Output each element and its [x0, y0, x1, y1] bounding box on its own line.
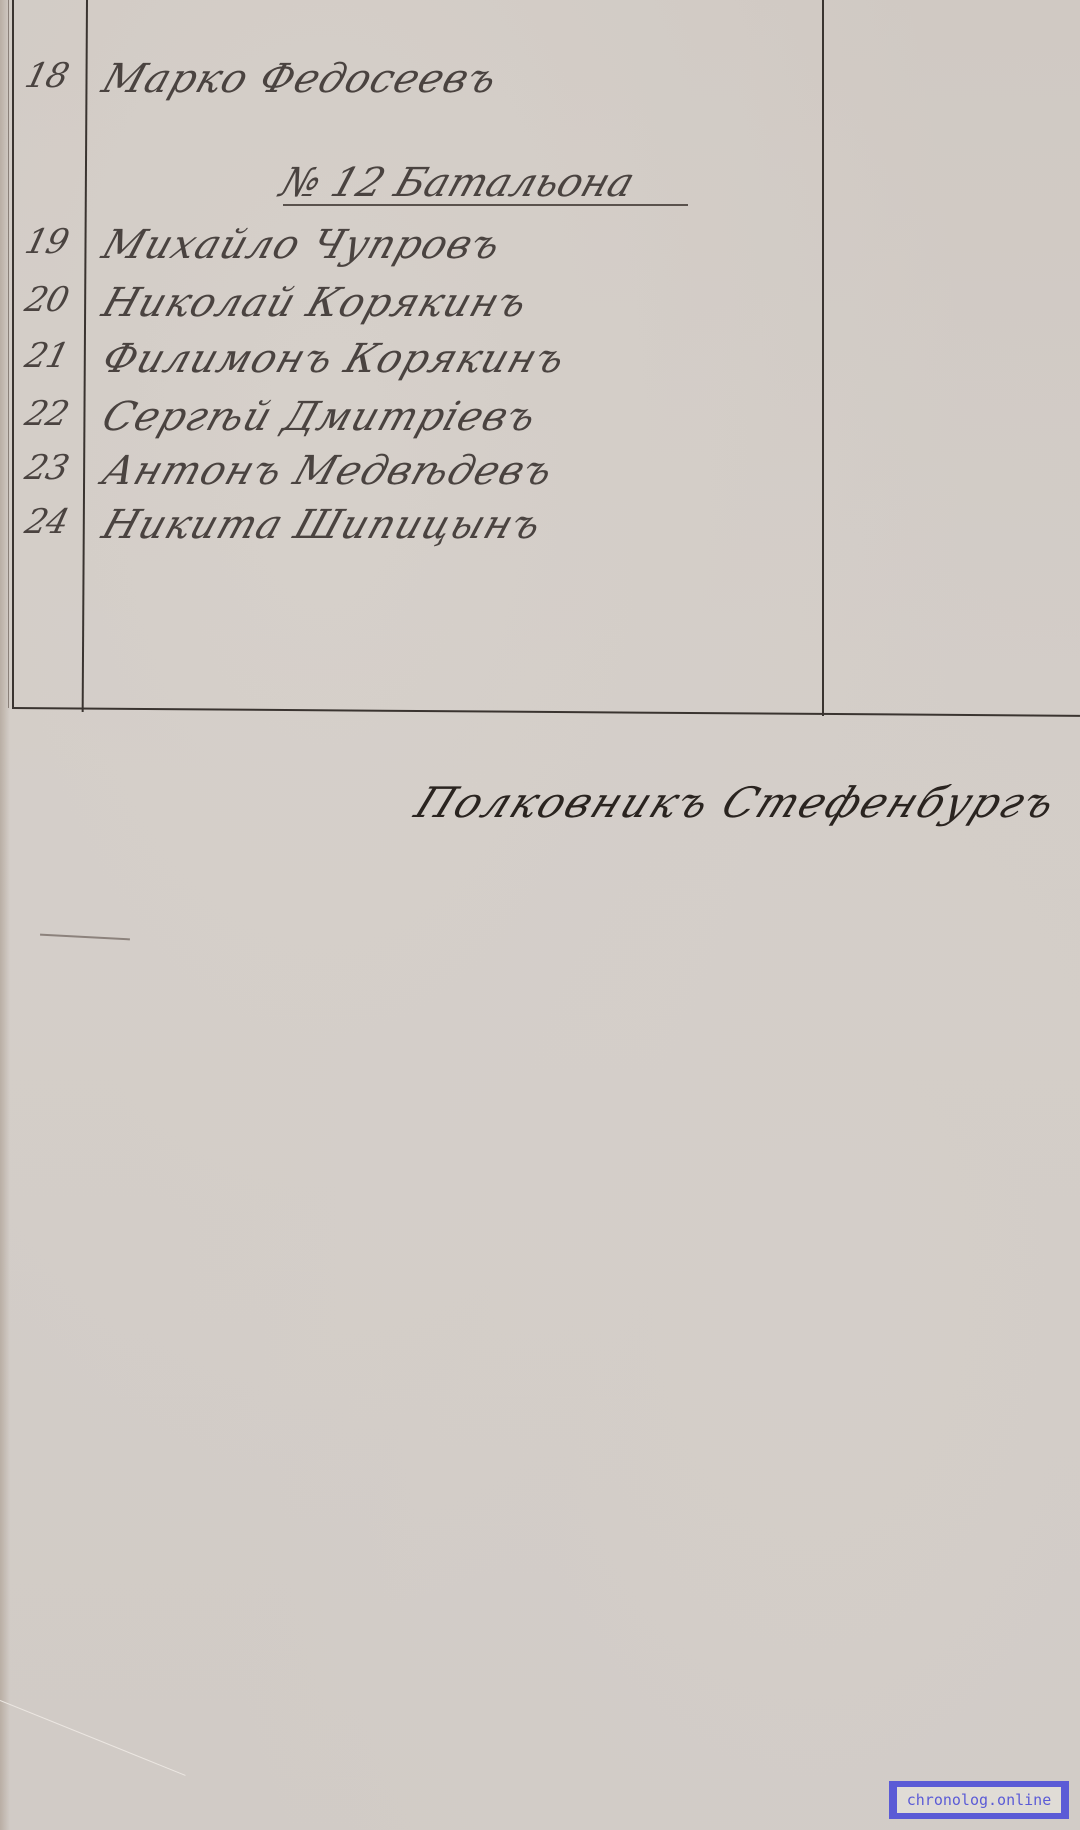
row-number: 22: [21, 394, 87, 434]
roster-row: 24 Никита Шипицынъ: [0, 502, 820, 562]
roster-row: 20 Николай Корякинъ: [0, 280, 820, 340]
row-number: 18: [21, 56, 87, 96]
row-number: 19: [21, 222, 87, 262]
table-bottom-border: [12, 707, 1080, 717]
table-right-border: [822, 0, 824, 716]
person-name: Никита Шипицынъ: [97, 502, 548, 548]
roster-row: 19 Михайло Чупровъ: [0, 222, 820, 282]
watermark-text: chronolog.online: [897, 1787, 1061, 1813]
roster-row: 22 Сергѣй Дмитріевъ: [0, 394, 820, 454]
person-name: Михайло Чупровъ: [97, 222, 508, 268]
document-page: 18 Марко Федосеевъ № 12 Батальона 19 Мих…: [0, 0, 1080, 1830]
person-name: Николай Корякинъ: [97, 280, 534, 326]
row-number: 24: [21, 502, 87, 542]
roster-row: 18 Марко Федосеевъ: [0, 56, 820, 116]
person-name: Филимонъ Корякинъ: [97, 336, 572, 382]
person-name: Сергѣй Дмитріевъ: [97, 394, 543, 440]
section-title-underline: [283, 204, 688, 206]
officer-signature: Полковникъ Стефенбургъ: [408, 778, 1065, 827]
paper-mark: [40, 934, 130, 940]
roster-row: 23 Антонъ Медвѣдевъ: [0, 448, 820, 508]
site-watermark: chronolog.online: [889, 1781, 1069, 1819]
row-number: 23: [21, 448, 87, 488]
row-number: 21: [21, 336, 87, 376]
row-number: 20: [21, 280, 87, 320]
paper-crease: [0, 1700, 186, 1776]
person-name: Антонъ Медвѣдевъ: [97, 448, 560, 494]
section-title: № 12 Батальона: [275, 160, 641, 206]
roster-row: 21 Филимонъ Корякинъ: [0, 336, 820, 396]
person-name: Марко Федосеевъ: [97, 56, 504, 102]
